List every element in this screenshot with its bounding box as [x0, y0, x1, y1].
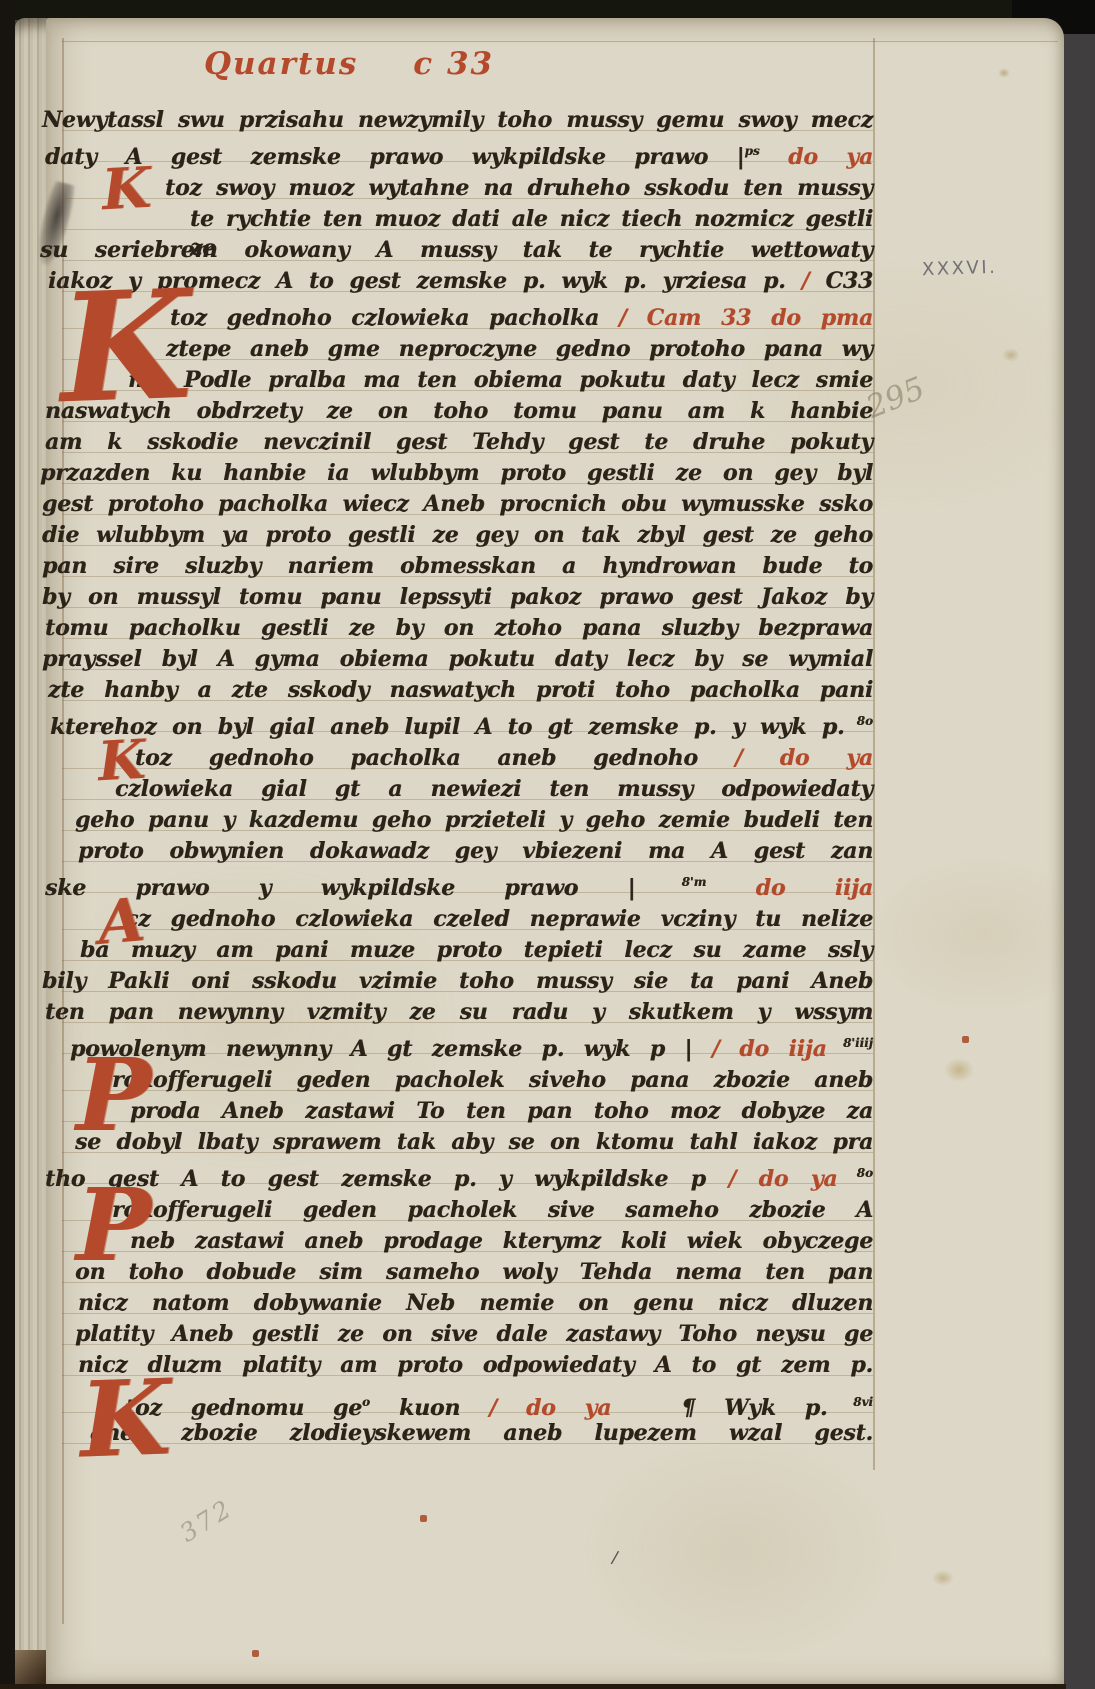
- ink-text: ba muzy am pani muze proto tepieti lecz …: [80, 937, 873, 963]
- marginal-abbreviation: 8o: [844, 714, 873, 728]
- ink-text: proda Aneb zastawi To ten pan toho moz d…: [130, 1098, 873, 1124]
- ink-text: platity Aneb gestli ze on sive dale zast…: [75, 1321, 873, 1347]
- ink-text: kterehoz on byl gial aneb lupil A to gt …: [50, 714, 844, 740]
- ink-text: nicz natom dobywanie Neb nemie on genu n…: [78, 1290, 873, 1316]
- ink-text: rokofferugeli geden pacholek sive sameho…: [112, 1197, 873, 1223]
- manuscript-line: toz gednomu geo kuon / do ya¶ Wyk p. 8vi: [125, 1388, 873, 1423]
- ink-text: tomu pacholku gestli ze by on ztoho pana…: [45, 615, 873, 641]
- ink-text: ztepe aneb gme neproczyne gedno protoho …: [166, 336, 873, 362]
- manuscript-line: czlowieka gial gt a newiezi ten mussy od…: [115, 775, 873, 804]
- manuscript-line: se dobyl lbaty sprawem tak aby se on kto…: [75, 1128, 873, 1157]
- manuscript-line: proto obwynien dokawadz gey vbiezeni ma …: [78, 837, 873, 866]
- rubric-text: / do iija: [692, 1036, 826, 1062]
- manuscript-line: mu Podle pralba ma ten obiema pokutu dat…: [128, 366, 873, 395]
- manuscript-line: aneb zbozie zlodieyskewem aneb lupezem w…: [90, 1419, 873, 1448]
- manuscript-line: pan sire sluzby nariem obmesskan a hyndr…: [42, 552, 873, 581]
- ink-text: cz gednoho czlowieka czeled neprawie vcz…: [125, 906, 873, 932]
- ink-text: toz swoy muoz wytahne na druheho sskodu …: [165, 175, 873, 201]
- illuminated-initial: A: [96, 897, 146, 948]
- manuscript-line: Newytassl swu przisahu newzymily toho mu…: [42, 106, 873, 135]
- book-page-edges: [15, 18, 48, 1689]
- manuscript-line: rokofferugeli geden pacholek sive sameho…: [112, 1196, 873, 1225]
- illuminated-initial: P: [76, 1186, 151, 1264]
- backdrop-top-strip: [0, 0, 1066, 20]
- manuscript-line: on toho dobude sim sameho woly Tehda nem…: [75, 1258, 873, 1287]
- manuscript-line: cz gednoho czlowieka czeled neprawie vcz…: [125, 905, 873, 934]
- ink-text: toz gednoho pacholka aneb gednoho: [135, 745, 698, 771]
- manuscript-page: Quartusc 33 Newytassl swu przisahu newzy…: [46, 18, 1064, 1684]
- ink-text: C33: [809, 268, 873, 294]
- ink-text: prayssel byl A gyma obiema pokutu daty l…: [42, 646, 873, 672]
- marginal-abbreviation: o: [362, 1395, 370, 1409]
- manuscript-line: tho gest A to gest zemske p. y wykpildsk…: [45, 1159, 873, 1194]
- manuscript-line: geho panu y kazdemu geho przieteli y geh…: [75, 806, 873, 835]
- manuscript-line: platity Aneb gestli ze on sive dale zast…: [75, 1320, 873, 1349]
- manuscript-line: bily Pakli oni sskodu vzimie toho mussy …: [42, 967, 873, 996]
- marginal-abbreviation: 8'm: [635, 875, 706, 889]
- ink-text: toz gednoho czlowieka pacholka: [170, 305, 599, 331]
- manuscript-line: daty A gest zemske prawo wykpildske praw…: [45, 137, 873, 172]
- ink-text: nicz dluzm platity am proto odpowiedaty …: [78, 1352, 873, 1378]
- ink-text: die wlubbym ya proto gestli ze gey on ta…: [42, 522, 873, 548]
- ink-text: powolenym newynny A gt zemske p. wyk p |: [70, 1036, 692, 1062]
- illuminated-initial: K: [58, 287, 192, 408]
- rubric-text: do ya: [760, 144, 873, 170]
- manuscript-line: prayssel byl A gyma obiema pokutu daty l…: [42, 645, 873, 674]
- rubric-text: do iija: [706, 875, 873, 901]
- manuscript-line: ztepe aneb gme neproczyne gedno protoho …: [166, 335, 873, 364]
- backdrop-bottom-strip: [0, 1684, 1066, 1689]
- rubrication-dot: [252, 1650, 259, 1657]
- manuscript-line: ba muzy am pani muze proto tepieti lecz …: [80, 936, 873, 965]
- manuscript-line: toz swoy muoz wytahne na druheho sskodu …: [165, 174, 873, 203]
- folio-number-roman: XXXVI.: [922, 257, 998, 281]
- marginal-abbreviation: 8vi: [827, 1395, 873, 1409]
- ink-text: ten pan newynny vzmity ze su radu y skut…: [45, 999, 873, 1025]
- ink-text: kuon: [370, 1395, 460, 1421]
- ink-text: pan sire sluzby nariem obmesskan a hyndr…: [42, 553, 873, 579]
- illuminated-initial: K: [79, 1376, 172, 1460]
- illuminated-initial: P: [76, 1056, 151, 1134]
- ink-text: neb zastawi aneb prodage kterymz koli wi…: [130, 1228, 873, 1254]
- ink-text: mu Podle pralba ma ten obiema pokutu dat…: [128, 367, 873, 393]
- manuscript-line: gest protoho pacholka wiecz Aneb procnic…: [42, 490, 873, 519]
- manuscript-line: rokofferugeli geden pacholek siveho pana…: [112, 1066, 873, 1095]
- ink-text: proto obwynien dokawadz gey vbiezeni ma …: [78, 838, 873, 864]
- manuscript-line: nicz dluzm platity am proto odpowiedaty …: [78, 1351, 873, 1380]
- ink-text: on toho dobude sim sameho woly Tehda nem…: [75, 1259, 873, 1285]
- ink-text: czlowieka gial gt a newiezi ten mussy od…: [115, 776, 873, 802]
- ink-text: daty A gest zemske prawo wykpildske praw…: [45, 144, 744, 170]
- manuscript-line: by on mussyl tomu panu lepssyti pakoz pr…: [42, 583, 873, 612]
- rubrication-dot: [962, 1036, 969, 1043]
- ink-text: se dobyl lbaty sprawem tak aby se on kto…: [75, 1129, 873, 1155]
- manuscript-line: toz gednoho czlowieka pacholka / Cam 33 …: [170, 304, 873, 333]
- ink-text: geho panu y kazdemu geho przieteli y geh…: [75, 807, 873, 833]
- ink-text: bily Pakli oni sskodu vzimie toho mussy …: [42, 968, 873, 994]
- marginal-abbreviation: ps: [744, 144, 759, 158]
- manuscript-line: powolenym newynny A gt zemske p. wyk p |…: [70, 1029, 873, 1064]
- manuscript-line: toz gednoho pacholka aneb gednoho / do y…: [135, 744, 873, 773]
- ink-text: by on mussyl tomu panu lepssyti pakoz pr…: [42, 584, 873, 610]
- rubric-text: /: [786, 268, 810, 294]
- manuscript-line: ten pan newynny vzmity ze su radu y skut…: [45, 998, 873, 1027]
- ink-text: ¶ Wyk p.: [681, 1395, 827, 1421]
- rubric-text: / do ya: [460, 1395, 611, 1421]
- book-photo-backdrop: Quartusc 33 Newytassl swu przisahu newzy…: [0, 0, 1095, 1689]
- marginal-abbreviation: 8'iiij: [827, 1036, 873, 1050]
- ink-text: rokofferugeli geden pacholek siveho pana…: [112, 1067, 873, 1093]
- manuscript-line: die wlubbym ya proto gestli ze gey on ta…: [42, 521, 873, 550]
- rubric-text: / do ya: [698, 745, 873, 771]
- text-block: Newytassl swu przisahu newzymily toho mu…: [46, 18, 1064, 1684]
- manuscript-line: nicz natom dobywanie Neb nemie on genu n…: [78, 1289, 873, 1318]
- manuscript-line: neb zastawi aneb prodage kterymz koli wi…: [130, 1227, 873, 1256]
- ink-text: aneb zbozie zlodieyskewem aneb lupezem w…: [90, 1420, 873, 1446]
- illuminated-initial: K: [101, 167, 152, 213]
- ink-text: gest protoho pacholka wiecz Aneb procnic…: [42, 491, 873, 517]
- manuscript-line: proda Aneb zastawi To ten pan toho moz d…: [130, 1097, 873, 1126]
- rubric-text: / do ya: [706, 1166, 838, 1192]
- illuminated-initial: K: [97, 737, 146, 782]
- book-cover-edge: [0, 0, 15, 1689]
- manuscript-line: tomu pacholku gestli ze by on ztoho pana…: [45, 614, 873, 643]
- manuscript-line: przazden ku hanbie ia wlubbym proto gest…: [40, 459, 873, 488]
- rubrication-dot: [420, 1515, 427, 1522]
- ink-text: Newytassl swu przisahu newzymily toho mu…: [42, 107, 873, 133]
- marginal-abbreviation: 8o: [837, 1166, 873, 1180]
- ink-text: zte hanby a zte sskody naswatych proti t…: [48, 677, 873, 703]
- ink-text: przazden ku hanbie ia wlubbym proto gest…: [40, 460, 873, 486]
- manuscript-line: ske prawo y wykpildske prawo | 8'm do ii…: [45, 868, 873, 903]
- manuscript-line: kterehoz on byl gial aneb lupil A to gt …: [50, 707, 873, 742]
- rubric-text: / Cam 33 do pma: [599, 305, 873, 331]
- manuscript-line: zte hanby a zte sskody naswatych proti t…: [48, 676, 873, 705]
